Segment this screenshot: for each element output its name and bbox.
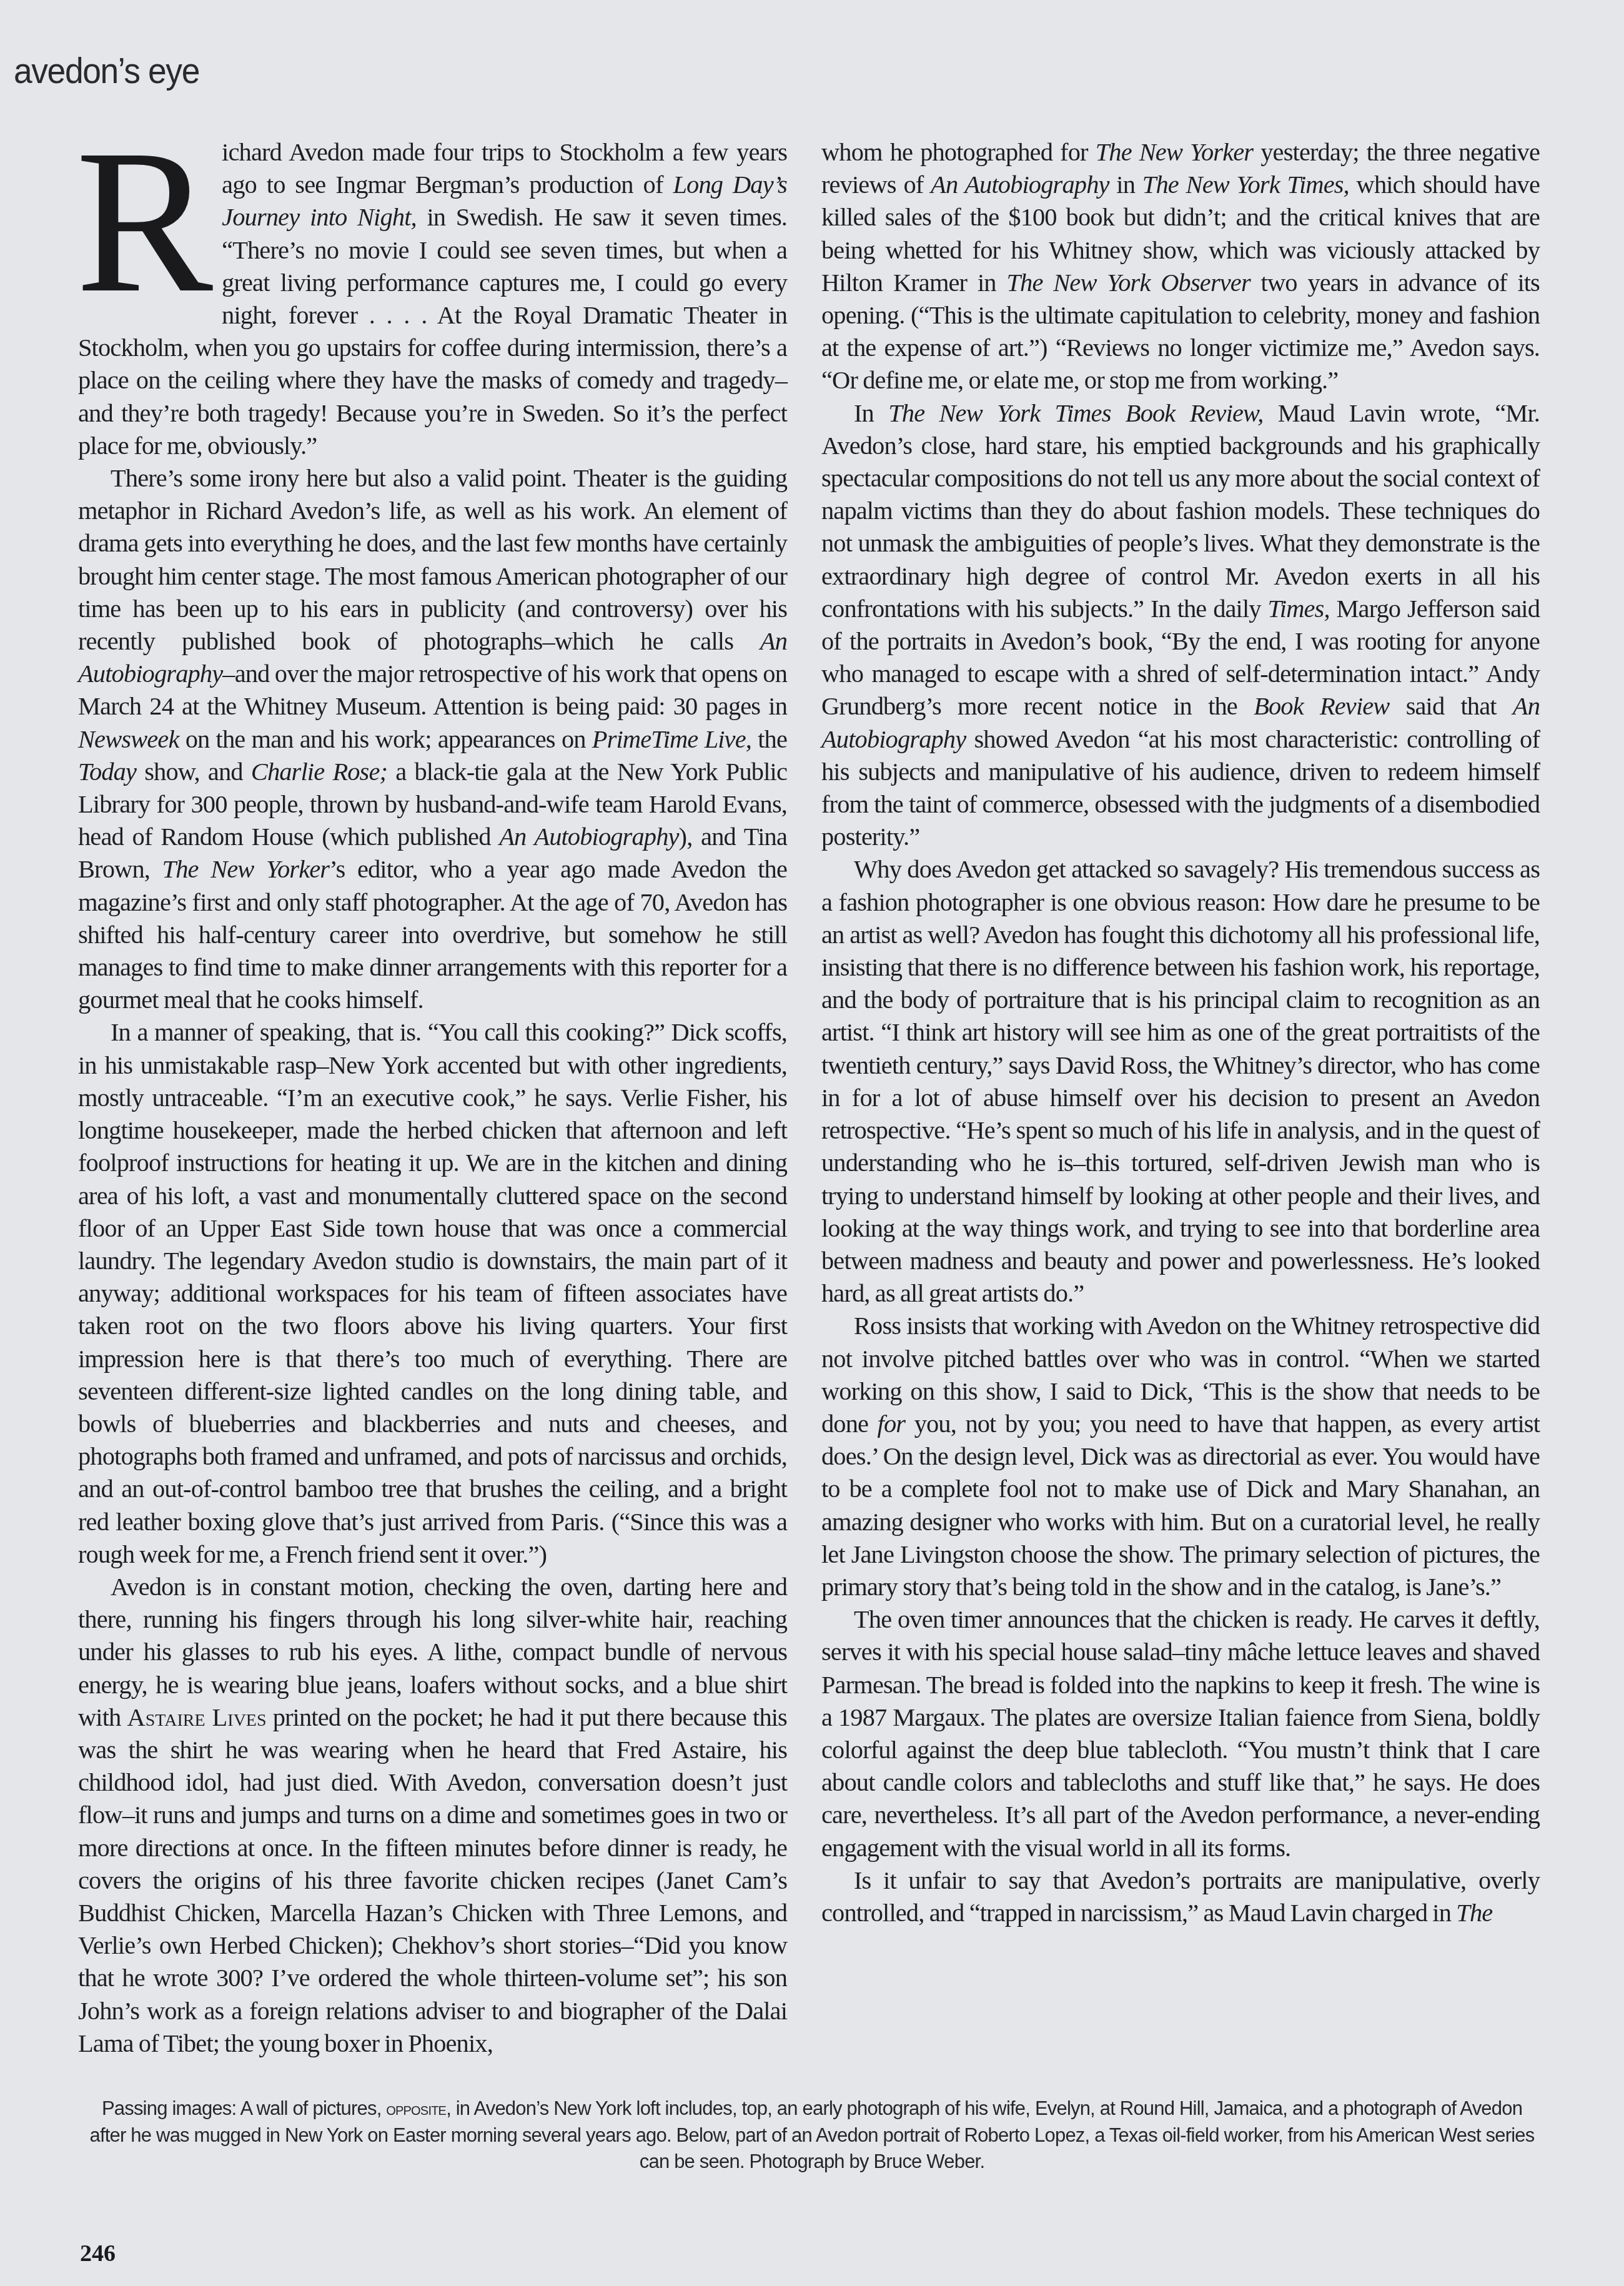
article-column-left: Richard Avedon made four trips to Stockh… bbox=[78, 136, 787, 2060]
text-run: Maud Lavin wrote, “Mr. Avedon’s close, h… bbox=[821, 399, 1540, 623]
small-caps-text: opposite bbox=[386, 2099, 446, 2119]
paragraph: Is it unfair to say that Avedon’s portra… bbox=[821, 1864, 1540, 1929]
italic-title: Charlie Rose; bbox=[251, 758, 387, 786]
paragraph: Avedon is in constant motion, checking t… bbox=[78, 1571, 787, 2060]
paragraph: Ross insists that working with Avedon on… bbox=[821, 1310, 1540, 1603]
italic-title: Today bbox=[78, 758, 136, 786]
italic-title: PrimeTime Live, bbox=[592, 725, 751, 753]
paragraph: whom he photographed for The New Yorker … bbox=[821, 136, 1540, 397]
paragraph: The oven timer announces that the chicke… bbox=[821, 1603, 1540, 1864]
text-run: Passing images: A wall of pictures, bbox=[102, 2097, 386, 2119]
article-column-right: whom he photographed for The New Yorker … bbox=[821, 136, 1540, 1929]
drop-cap: R bbox=[76, 144, 213, 307]
italic-title: Newsweek bbox=[78, 725, 179, 753]
italic-title: Times, bbox=[1267, 595, 1329, 623]
section-title: avedon’s eye bbox=[14, 50, 199, 92]
italic-title: Book Review bbox=[1254, 692, 1389, 720]
page-number: 246 bbox=[80, 2240, 116, 2267]
text-run: whom he photographed for bbox=[821, 138, 1096, 166]
paragraph: There’s some irony here but also a valid… bbox=[78, 462, 787, 1016]
text-run: Is it unfair to say that Avedon’s portra… bbox=[821, 1866, 1540, 1927]
text-run: In bbox=[854, 399, 888, 427]
photo-caption: Passing images: A wall of pictures, oppo… bbox=[81, 2095, 1543, 2175]
italic-title: An Autobiography bbox=[931, 171, 1109, 199]
text-run: show, and bbox=[136, 758, 251, 786]
italic-emphasis: for bbox=[878, 1410, 906, 1438]
italic-title: The New Yorker bbox=[1096, 138, 1254, 166]
text-run: There’s some irony here but also a valid… bbox=[78, 464, 787, 655]
italic-title: The New Yorker bbox=[162, 855, 330, 883]
text-run: said that bbox=[1389, 692, 1512, 720]
italic-title: An Autobiography bbox=[499, 823, 678, 851]
text-run: printed on the pocket; he had it put the… bbox=[78, 1703, 787, 2057]
small-caps-text: Astaire Lives bbox=[127, 1703, 267, 1731]
paragraph: Richard Avedon made four trips to Stockh… bbox=[78, 136, 787, 462]
text-run: in bbox=[1109, 171, 1142, 199]
italic-title: The New York Observer bbox=[1006, 269, 1250, 297]
text-run: you, not by you; you need to have that h… bbox=[821, 1410, 1540, 1601]
italic-title: The New York Times Book Review, bbox=[888, 399, 1263, 427]
italic-title: The bbox=[1456, 1899, 1492, 1927]
text-run: on the man and his work; appearances on bbox=[179, 725, 592, 753]
paragraph: In a manner of speaking, that is. “You c… bbox=[78, 1016, 787, 1570]
italic-title: The New York Times, bbox=[1142, 171, 1349, 199]
paragraph: Why does Avedon get attacked so savagely… bbox=[821, 853, 1540, 1310]
paragraph: In The New York Times Book Review, Maud … bbox=[821, 397, 1540, 854]
text-run: the bbox=[751, 725, 787, 753]
